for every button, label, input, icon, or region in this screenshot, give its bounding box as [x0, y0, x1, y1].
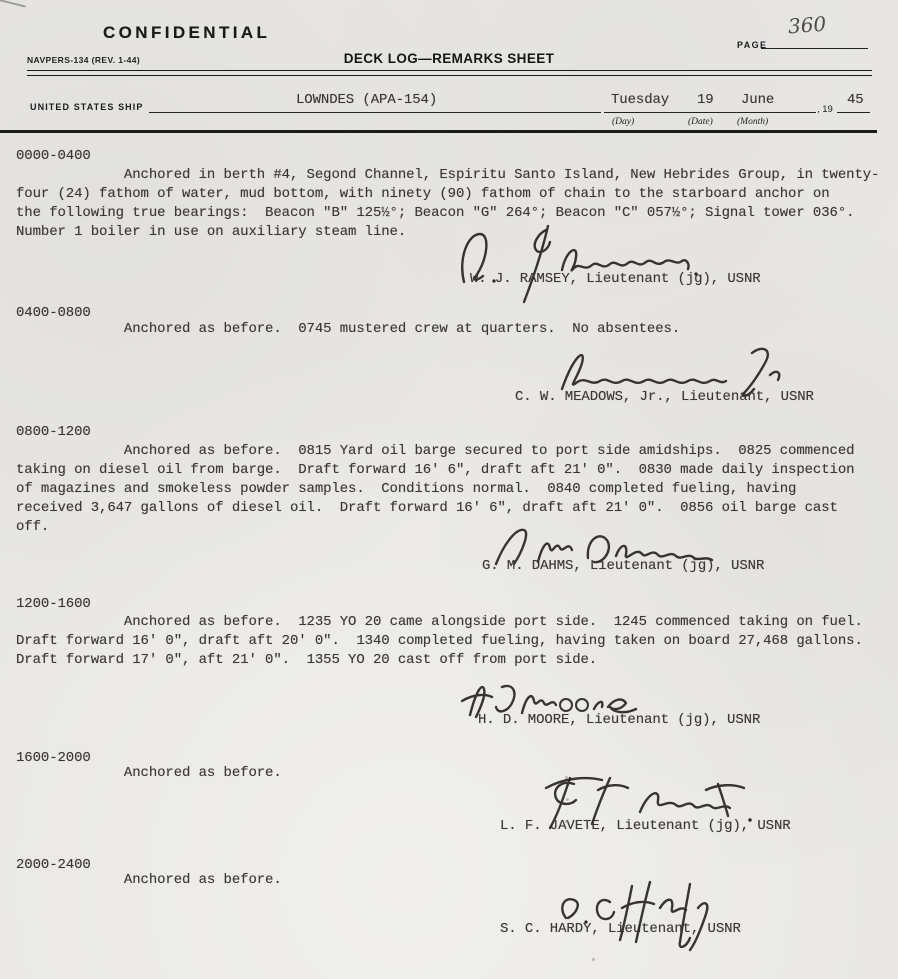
date-date-label: (Date)	[688, 117, 713, 127]
date-day: Tuesday	[611, 91, 669, 110]
ramsey-signature	[450, 224, 720, 304]
signature-name: G. M. DAHMS, Lieutenant (jg), USNR	[482, 557, 764, 576]
document-page: CONFIDENTIAL PAGE 360 NAVPERS-134 (REV. …	[0, 0, 898, 979]
entry-period: 0800-1200	[16, 423, 91, 442]
scan-artifact-dot	[592, 958, 595, 961]
ship-name: LOWNDES (APA-154)	[296, 91, 437, 110]
entry-period: 1200-1600	[16, 595, 91, 614]
entry-period: 0000-0400	[16, 147, 91, 166]
sheet-title: DECK LOG—REMARKS SHEET	[0, 51, 898, 66]
signature-name: H. D. MOORE, Lieutenant (jg), USNR	[478, 711, 760, 730]
entry-text: Anchored as before. 0815 Yard oil barge …	[16, 442, 892, 537]
header-double-rule	[27, 70, 872, 76]
scan-artifact-dot	[565, 776, 568, 779]
header-thick-rule	[0, 130, 877, 133]
date-date: 19	[697, 91, 714, 110]
page-number: 360	[787, 12, 827, 39]
date-month: June	[741, 91, 774, 110]
year-value: 45	[847, 91, 864, 110]
classification-stamp: CONFIDENTIAL	[103, 23, 270, 43]
entry-text: Anchored as before.	[16, 871, 892, 890]
ship-label: UNITED STATES SHIP	[30, 102, 143, 112]
scan-artifact-dot	[565, 820, 568, 823]
signature-name: L. F. JAVETE, Lieutenant (jg), USNR	[500, 817, 791, 836]
date-day-label: (Day)	[612, 117, 634, 127]
date-month-label: (Month)	[737, 117, 768, 127]
entry-text: Anchored as before. 1235 YO 20 came alon…	[16, 613, 892, 670]
signature-name: W. J. RAMSEY, Lieutenant (jg), USNR	[470, 270, 761, 289]
scan-artifact-scratch	[0, 0, 26, 8]
entry-text: Anchored as before. 0745 mustered crew a…	[16, 320, 892, 339]
year-prefix: , 19	[817, 104, 833, 115]
scan-artifact-dot	[566, 798, 569, 801]
signature-name: C. W. MEADOWS, Jr., Lieutenant, USNR	[515, 388, 814, 407]
hardy-signature	[548, 880, 728, 954]
